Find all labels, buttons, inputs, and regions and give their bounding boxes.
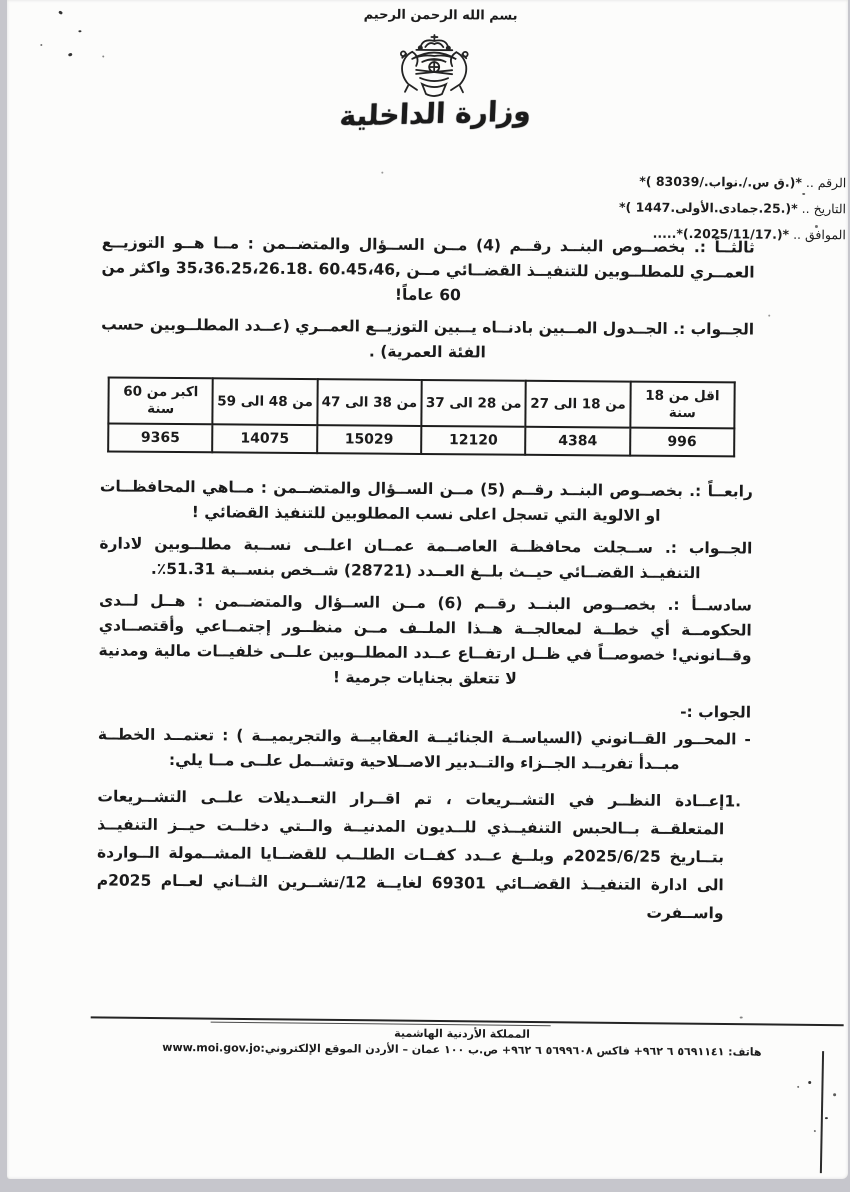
footer: المملكة الأردنية الهاشمية هاتف: ٥٦٩١١٤١ … xyxy=(92,1024,831,1059)
list-item-1-marker: 1. xyxy=(723,787,750,927)
table-header-cell: اكبر من 60 سنة xyxy=(108,377,213,424)
age-distribution-table: اقل من 18 سنةمن 18 الى 27من 28 الى 37من … xyxy=(107,376,736,457)
scan-noise-speck xyxy=(768,315,770,317)
table-value-cell: 14075 xyxy=(213,424,318,453)
reference-date-row: التاريخ .. *(.25.جمادى.الأولى.1447 )* xyxy=(476,193,846,222)
jordan-coat-of-arms-icon xyxy=(382,32,487,99)
list-item-1-text: إعــادة النظــر في التشــريعات ، تم اقــ… xyxy=(96,782,724,927)
scan-noise-speck xyxy=(825,1117,828,1119)
table-header-cell: اقل من 18 سنة xyxy=(630,382,735,429)
paragraph-legal-axis: - المحــور القــانوني (السياســة الجنائي… xyxy=(98,722,751,777)
reference-date-label: التاريخ .. xyxy=(802,201,846,216)
reference-corresponding-label: الموافق .. xyxy=(793,227,846,242)
scan-noise-speck xyxy=(78,30,81,32)
scan-noise-speck xyxy=(68,53,73,57)
paragraph-third-question: ثالثــاً :. بخصــوص البنــد رقــم (4) مـ… xyxy=(101,230,755,310)
scan-noise-speck xyxy=(40,44,42,46)
table-header-cell: من 48 الى 59 xyxy=(213,378,318,425)
reference-number-row: الرقم .. *(.ق س./.نواب./83039 )* xyxy=(476,167,846,196)
reference-date-value: *(.25.جمادى.الأولى.1447 )* xyxy=(619,199,798,215)
scan-noise-speck xyxy=(833,1093,836,1096)
scan-tilt-wrapper: بسم الله الرحمن الرحيم xyxy=(1,0,850,1182)
table-header-cell: من 38 الى 47 xyxy=(317,379,422,426)
basmala-text: بسم الله الرحمن الرحيم xyxy=(301,7,581,24)
table-header-row: اقل من 18 سنةمن 18 الى 27من 28 الى 37من … xyxy=(108,377,734,428)
document-body: ثالثــاً :. بخصــوص البنــد رقــم (4) مـ… xyxy=(96,230,754,927)
scan-stray-line xyxy=(820,1051,824,1173)
scan-noise-speck xyxy=(381,172,383,174)
scan-noise-speck xyxy=(808,1081,811,1084)
reference-number-label: الرقم .. xyxy=(806,175,847,190)
answer-label: الجواب :- xyxy=(98,695,751,725)
scanned-document-page: بسم الله الرحمن الرحيم xyxy=(7,0,848,1179)
paragraph-sixth-question: سادســأ :. بخصــوص البنــد رقــم (6) مــ… xyxy=(98,588,752,693)
paragraph-third-answer: الجــواب :. الجــدول المــبين بادنــاه ي… xyxy=(101,312,754,367)
scan-noise-speck xyxy=(815,225,818,228)
scan-noise-speck xyxy=(58,10,63,15)
table-value-cell: 12120 xyxy=(421,426,526,455)
scan-noise-speck xyxy=(797,1086,799,1088)
table-value-cell: 996 xyxy=(630,428,735,457)
scan-noise-speck xyxy=(102,55,104,57)
table-value-cell: 4384 xyxy=(525,427,630,456)
paragraph-fourth-question: رابعــاً :. بخصــوص البنــد رقــم (5) مـ… xyxy=(100,474,753,529)
table-header-cell: من 18 الى 27 xyxy=(526,381,631,428)
table-value-cell: 15029 xyxy=(317,425,422,454)
reference-number-value: *(.ق س./.نواب./83039 )* xyxy=(639,174,802,190)
paragraph-fourth-answer: الجــواب :. ســجلت محافظــة العاصــمة عم… xyxy=(99,531,752,586)
scan-noise-speck xyxy=(740,1016,743,1018)
numbered-list-item-1: 1. إعــادة النظــر في التشــريعات ، تم ا… xyxy=(96,782,750,927)
table-header-cell: من 28 الى 37 xyxy=(421,380,526,427)
footer-contact-info: هاتف: ٥٦٩١١٤١ ٦ ٩٦٢+ فاكس ٥٦٩٩٦٠٨ ٦ ٩٦٢+… xyxy=(92,1040,831,1059)
ministry-name-calligraphy: وزارة الداخلية xyxy=(327,94,543,133)
table-value-row: 99643841212015029140759365 xyxy=(108,423,734,456)
scan-noise-speck xyxy=(802,193,805,195)
table-value-cell: 9365 xyxy=(108,423,213,452)
scan-noise-speck xyxy=(814,1130,816,1132)
